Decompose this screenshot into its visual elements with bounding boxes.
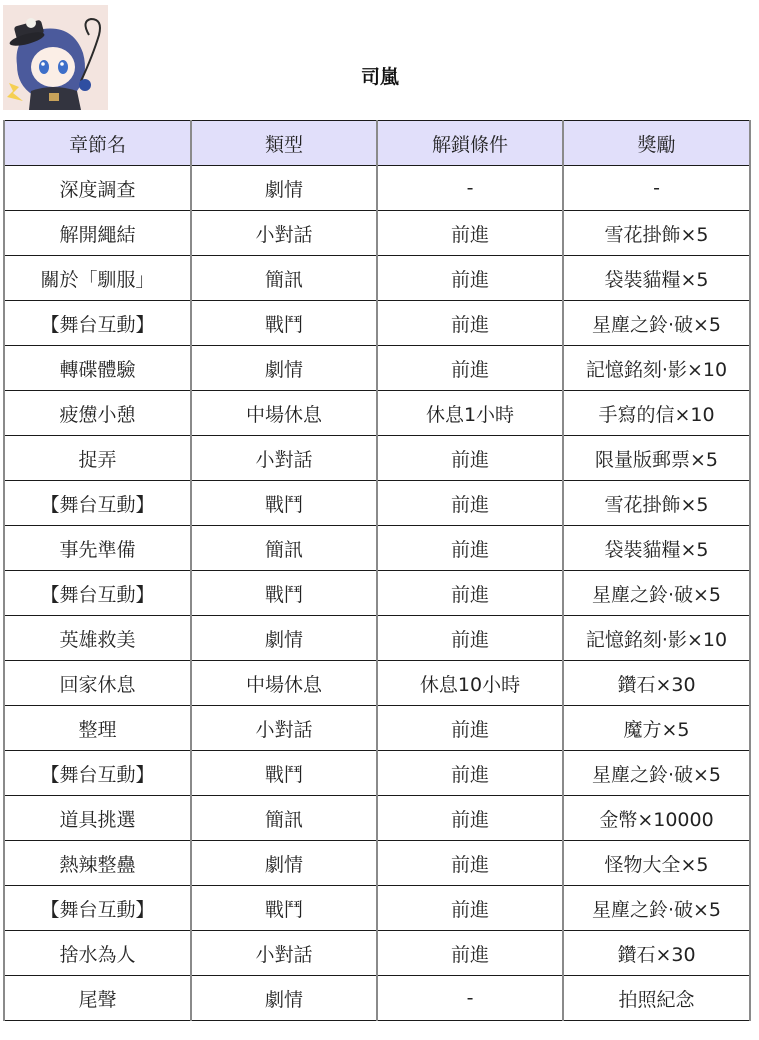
cell-chapter-name: 整理 (4, 706, 191, 751)
cell-type: 小對話 (191, 436, 377, 481)
cell-type: 劇情 (191, 976, 377, 1021)
cell-type: 劇情 (191, 616, 377, 661)
cell-type: 劇情 (191, 841, 377, 886)
cell-unlock-condition: - (377, 976, 563, 1021)
cell-chapter-name: 英雄救美 (4, 616, 191, 661)
cell-unlock-condition: 前進 (377, 346, 563, 391)
cell-chapter-name: 關於「馴服」 (4, 256, 191, 301)
cell-unlock-condition: 前進 (377, 256, 563, 301)
cell-reward: 怪物大全×5 (563, 841, 750, 886)
cell-unlock-condition: 前進 (377, 526, 563, 571)
table-row: 深度調查劇情-- (4, 166, 750, 211)
chapter-table: 章節名 類型 解鎖條件 獎勵 深度調查劇情--解開繩結小對話前進雪花掛飾×5關於… (3, 120, 751, 1021)
cell-type: 劇情 (191, 346, 377, 391)
table-row: 【舞台互動】戰鬥前進雪花掛飾×5 (4, 481, 750, 526)
column-header-unlock: 解鎖條件 (377, 121, 563, 166)
cell-reward: 鑽石×30 (563, 931, 750, 976)
page-title: 司嵐 (340, 62, 420, 89)
cell-reward: 金幣×10000 (563, 796, 750, 841)
table-row: 熱辣整蠱劇情前進怪物大全×5 (4, 841, 750, 886)
cell-chapter-name: 疲憊小憩 (4, 391, 191, 436)
cell-reward: 鑽石×30 (563, 661, 750, 706)
cell-type: 中場休息 (191, 661, 377, 706)
cell-chapter-name: 【舞台互動】 (4, 481, 191, 526)
cell-unlock-condition: 前進 (377, 796, 563, 841)
cell-chapter-name: 轉碟體驗 (4, 346, 191, 391)
cell-unlock-condition: 前進 (377, 841, 563, 886)
cell-chapter-name: 事先準備 (4, 526, 191, 571)
table-row: 【舞台互動】戰鬥前進星塵之鈴·破×5 (4, 886, 750, 931)
column-header-chapter: 章節名 (4, 121, 191, 166)
cell-type: 戰鬥 (191, 481, 377, 526)
cell-unlock-condition: 前進 (377, 706, 563, 751)
cell-chapter-name: 回家休息 (4, 661, 191, 706)
cell-reward: 手寫的信×10 (563, 391, 750, 436)
cell-type: 簡訊 (191, 526, 377, 571)
cell-reward: 袋裝貓糧×5 (563, 526, 750, 571)
cell-chapter-name: 解開繩結 (4, 211, 191, 256)
cell-unlock-condition: 前進 (377, 931, 563, 976)
cell-reward: 雪花掛飾×5 (563, 211, 750, 256)
cell-type: 簡訊 (191, 256, 377, 301)
table-row: 【舞台互動】戰鬥前進星塵之鈴·破×5 (4, 301, 750, 346)
cell-unlock-condition: 前進 (377, 886, 563, 931)
table-row: 事先準備簡訊前進袋裝貓糧×5 (4, 526, 750, 571)
cell-type: 戰鬥 (191, 751, 377, 796)
cell-unlock-condition: 休息10小時 (377, 661, 563, 706)
column-header-type: 類型 (191, 121, 377, 166)
table-row: 【舞台互動】戰鬥前進星塵之鈴·破×5 (4, 751, 750, 796)
table-row: 道具挑選簡訊前進金幣×10000 (4, 796, 750, 841)
cell-unlock-condition: 前進 (377, 301, 563, 346)
table-row: 回家休息中場休息休息10小時鑽石×30 (4, 661, 750, 706)
cell-reward: 星塵之鈴·破×5 (563, 301, 750, 346)
cell-reward: - (563, 166, 750, 211)
table-row: 尾聲劇情-拍照紀念 (4, 976, 750, 1021)
cell-unlock-condition: 休息1小時 (377, 391, 563, 436)
cell-unlock-condition: 前進 (377, 571, 563, 616)
cell-chapter-name: 熱辣整蠱 (4, 841, 191, 886)
column-header-reward: 獎勵 (563, 121, 750, 166)
cell-unlock-condition: 前進 (377, 211, 563, 256)
cell-chapter-name: 【舞台互動】 (4, 886, 191, 931)
cell-reward: 星塵之鈴·破×5 (563, 571, 750, 616)
cell-type: 戰鬥 (191, 886, 377, 931)
cell-chapter-name: 【舞台互動】 (4, 571, 191, 616)
table-row: 解開繩結小對話前進雪花掛飾×5 (4, 211, 750, 256)
cell-unlock-condition: 前進 (377, 751, 563, 796)
cell-unlock-condition: 前進 (377, 616, 563, 661)
cell-reward: 袋裝貓糧×5 (563, 256, 750, 301)
cell-chapter-name: 【舞台互動】 (4, 301, 191, 346)
cell-chapter-name: 捉弄 (4, 436, 191, 481)
cell-type: 簡訊 (191, 796, 377, 841)
cell-type: 小對話 (191, 931, 377, 976)
cell-chapter-name: 【舞台互動】 (4, 751, 191, 796)
table-row: 疲憊小憩中場休息休息1小時手寫的信×10 (4, 391, 750, 436)
cell-reward: 魔方×5 (563, 706, 750, 751)
table-row: 【舞台互動】戰鬥前進星塵之鈴·破×5 (4, 571, 750, 616)
cell-reward: 拍照紀念 (563, 976, 750, 1021)
cell-type: 小對話 (191, 211, 377, 256)
cell-reward: 星塵之鈴·破×5 (563, 751, 750, 796)
table-row: 整理小對話前進魔方×5 (4, 706, 750, 751)
table-row: 捉弄小對話前進限量版郵票×5 (4, 436, 750, 481)
cell-unlock-condition: 前進 (377, 436, 563, 481)
cell-chapter-name: 尾聲 (4, 976, 191, 1021)
cell-chapter-name: 捨水為人 (4, 931, 191, 976)
cell-reward: 限量版郵票×5 (563, 436, 750, 481)
cell-type: 中場休息 (191, 391, 377, 436)
page-header: 司嵐 (0, 0, 759, 118)
character-avatar (3, 5, 108, 110)
cell-type: 戰鬥 (191, 301, 377, 346)
cell-type: 劇情 (191, 166, 377, 211)
cell-reward: 記憶銘刻·影×10 (563, 346, 750, 391)
cell-reward: 記憶銘刻·影×10 (563, 616, 750, 661)
table-row: 捨水為人小對話前進鑽石×30 (4, 931, 750, 976)
table-header-row: 章節名 類型 解鎖條件 獎勵 (4, 121, 750, 166)
cell-chapter-name: 深度調查 (4, 166, 191, 211)
cell-type: 戰鬥 (191, 571, 377, 616)
cell-unlock-condition: 前進 (377, 481, 563, 526)
table-row: 關於「馴服」簡訊前進袋裝貓糧×5 (4, 256, 750, 301)
cell-chapter-name: 道具挑選 (4, 796, 191, 841)
cell-reward: 星塵之鈴·破×5 (563, 886, 750, 931)
cell-type: 小對話 (191, 706, 377, 751)
table-row: 轉碟體驗劇情前進記憶銘刻·影×10 (4, 346, 750, 391)
cell-reward: 雪花掛飾×5 (563, 481, 750, 526)
table-body: 深度調查劇情--解開繩結小對話前進雪花掛飾×5關於「馴服」簡訊前進袋裝貓糧×5【… (4, 166, 750, 1021)
cell-unlock-condition: - (377, 166, 563, 211)
table-row: 英雄救美劇情前進記憶銘刻·影×10 (4, 616, 750, 661)
character-portrait-icon (3, 5, 108, 110)
